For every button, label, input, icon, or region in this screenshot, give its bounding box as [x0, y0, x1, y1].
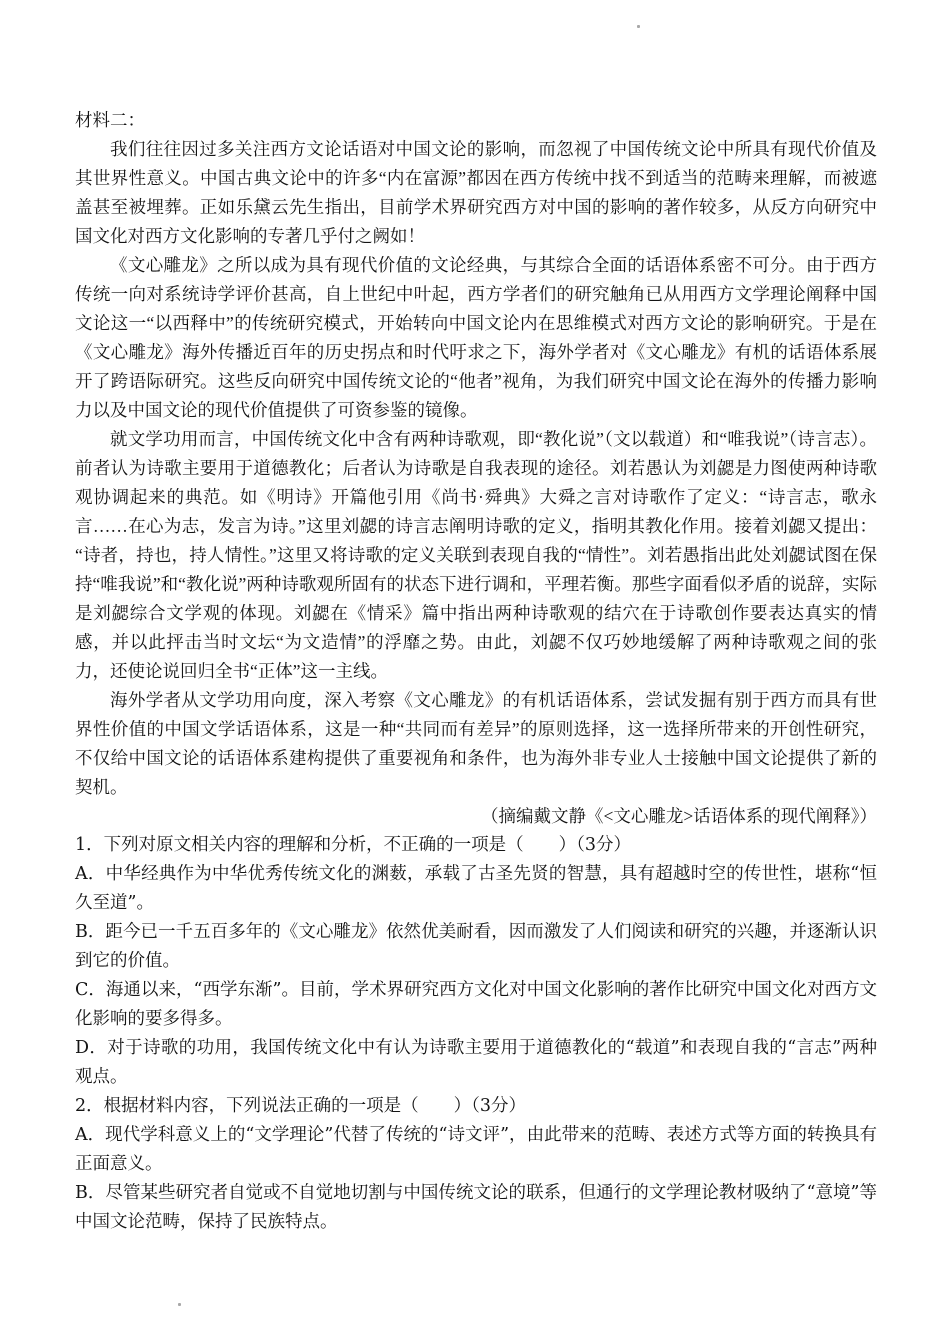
material-paragraph-4: 海外学者从文学功用向度，深入考察《文心雕龙》的有机话语体系，尝试发掘有别于西方而…	[75, 686, 877, 802]
question-2: 2．根据材料内容，下列说法正确的一项是（ ）（3分） A．现代学科意义上的“文学…	[75, 1092, 877, 1237]
material-paragraph-1: 我们往往因过多关注西方文论话语对中国文论的影响，而忽视了中国传统文论中所具有现代…	[75, 135, 877, 251]
material-paragraph-2: 《文心雕龙》之所以成为具有现代价值的文论经典，与其综合全面的话语体系密不可分。由…	[75, 251, 877, 425]
material-paragraph-3: 就文学功用而言，中国传统文化中含有两种诗歌观，即“教化说”（文以载道）和“唯我说…	[75, 425, 877, 686]
question-2-option-a: A．现代学科意义上的“文学理论”代替了传统的“诗文评”，由此带来的范畴、表述方式…	[75, 1121, 877, 1179]
scan-artifact-dot-bottom	[178, 1303, 181, 1306]
question-1-option-c: C．海通以来，“西学东渐”。目前，学术界研究西方文化对中国文化影响的著作比研究中…	[75, 976, 877, 1034]
question-1-option-b: B．距今已一千五百多年的《文心雕龙》依然优美耐看，因而激发了人们阅读和研究的兴趣…	[75, 918, 877, 976]
question-1-stem: 1．下列对原文相关内容的理解和分析，不正确的一项是（ ）（3分）	[75, 831, 877, 860]
scan-artifact-dot-top	[637, 25, 640, 28]
question-1: 1．下列对原文相关内容的理解和分析，不正确的一项是（ ）（3分） A．中华经典作…	[75, 831, 877, 1092]
question-1-option-a: A．中华经典作为中华优秀传统文化的渊薮，承载了古圣先贤的智慧，具有超越时空的传世…	[75, 860, 877, 918]
question-2-stem: 2．根据材料内容，下列说法正确的一项是（ ）（3分）	[75, 1092, 877, 1121]
exam-document-page: 材料二： 我们往往因过多关注西方文论话语对中国文论的影响，而忽视了中国传统文论中…	[0, 0, 950, 1344]
material-source-citation: （摘编戴文静《<文心雕龙>话语体系的现代阐释》）	[75, 802, 877, 831]
question-2-option-b: B．尽管某些研究者自觉或不自觉地切割与中国传统文论的联系，但通行的文学理论教材吸…	[75, 1179, 877, 1237]
question-1-option-d: D．对于诗歌的功用，我国传统文化中有认为诗歌主要用于道德教化的“载道”和表现自我…	[75, 1034, 877, 1092]
material-two-label: 材料二：	[75, 106, 877, 135]
reading-section: 材料二： 我们往往因过多关注西方文论话语对中国文论的影响，而忽视了中国传统文论中…	[75, 106, 877, 1237]
